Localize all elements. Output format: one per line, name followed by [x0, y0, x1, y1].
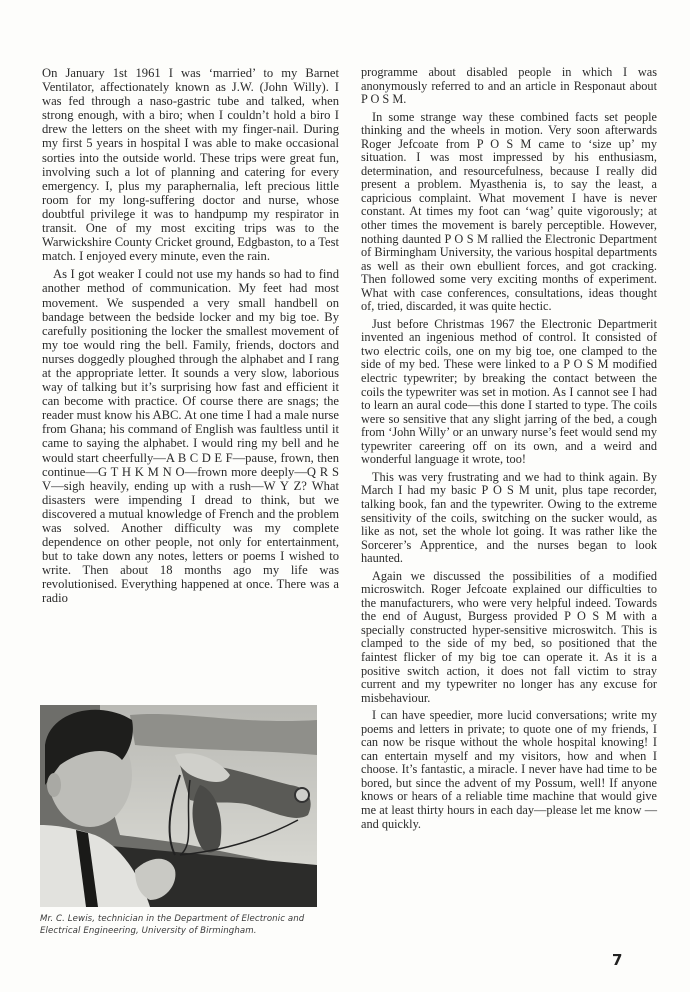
- article-photo: [40, 705, 317, 907]
- paragraph: As I got weaker I could not use my hands…: [42, 267, 339, 605]
- paragraph: Just before Christmas 1967 the Electroni…: [361, 318, 657, 467]
- paragraph: programme about disabled people in which…: [361, 66, 657, 107]
- paragraph: I can have speedier, more lucid conversa…: [361, 709, 657, 831]
- left-column: On January 1st 1961 I was ‘married’ to m…: [42, 66, 339, 610]
- right-column: programme about disabled people in which…: [361, 66, 657, 835]
- photo-caption: Mr. C. Lewis, technician in the Departme…: [40, 913, 330, 937]
- paragraph: On January 1st 1961 I was ‘married’ to m…: [42, 66, 339, 263]
- paragraph: In some strange way these combined facts…: [361, 111, 657, 314]
- paragraph: This was very frustrating and we had to …: [361, 471, 657, 566]
- paragraph: Again we discussed the possibilities of …: [361, 570, 657, 705]
- photo-illustration: [40, 705, 317, 907]
- page-number: 7: [612, 951, 622, 969]
